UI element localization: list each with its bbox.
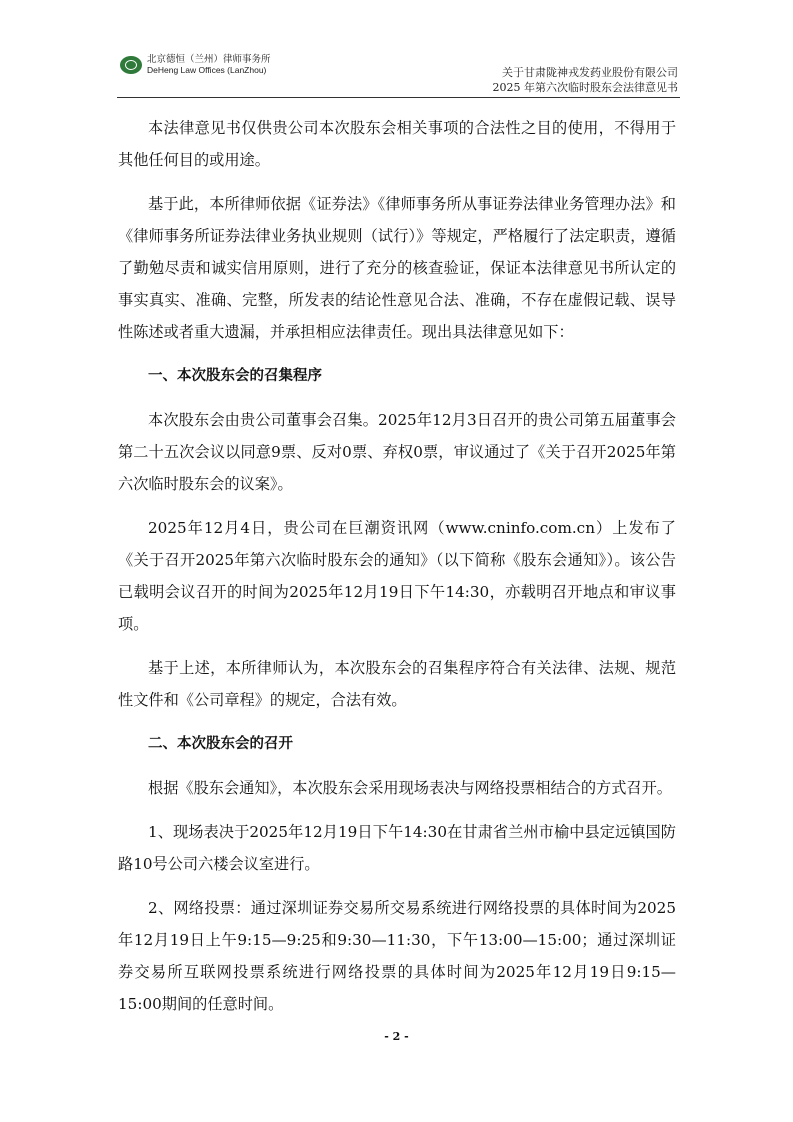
paragraph-board-convening: 本次股东会由贵公司董事会召集。2025年12月3日召开的贵公司第五届董事会第二十… (118, 404, 676, 500)
paragraph-voting-method: 根据《股东会通知》，本次股东会采用现场表决与网络投票相结合的方式召开。 (118, 772, 676, 804)
paragraph-online-voting: 2、网络投票：通过深圳证券交易所交易系统进行网络投票的具体时间为2025年12月… (118, 892, 676, 1020)
paragraph-legal-basis: 基于此，本所律师依据《证券法》《律师事务所从事证券法律业务管理办法》和《律师事务… (118, 188, 676, 348)
document-title: 关于甘肃陇神戎发药业股份有限公司 2025 年第六次临时股东会法律意见书 (493, 65, 679, 95)
firm-logo: 北京德恒（兰州）律师事务所 DeHeng Law Offices (LanZho… (120, 54, 271, 76)
firm-name-en: DeHeng Law Offices (LanZhou) (147, 65, 271, 76)
paragraph-notice-publication: 2025年12月4日，贵公司在巨潮资讯网（www.cninfo.com.cn）上… (118, 512, 676, 640)
paragraph-convening-conclusion: 基于上述，本所律师认为，本次股东会的召集程序符合有关法律、法规、规范性文件和《公… (118, 652, 676, 716)
firm-name-block: 北京德恒（兰州）律师事务所 DeHeng Law Offices (LanZho… (147, 54, 271, 76)
document-title-line1: 关于甘肃陇神戎发药业股份有限公司 (493, 65, 679, 80)
header-divider (117, 97, 680, 98)
document-title-line2: 2025 年第六次临时股东会法律意见书 (493, 80, 679, 95)
page-header: 北京德恒（兰州）律师事务所 DeHeng Law Offices (LanZho… (117, 50, 680, 98)
firm-name-cn: 北京德恒（兰州）律师事务所 (147, 54, 271, 65)
paragraph-usage-scope: 本法律意见书仅供贵公司本次股东会相关事项的合法性之目的使用，不得用于其他任何目的… (118, 112, 676, 176)
document-body: 本法律意见书仅供贵公司本次股东会相关事项的合法性之目的使用，不得用于其他任何目的… (118, 112, 676, 1032)
section-heading-holding: 二、本次股东会的召开 (118, 728, 676, 760)
section-heading-convening: 一、本次股东会的召集程序 (118, 360, 676, 392)
firm-emblem-icon (120, 56, 142, 74)
paragraph-onsite-voting: 1、现场表决于2025年12月19日下午14:30在甘肃省兰州市榆中县定远镇国防… (118, 816, 676, 880)
page-number: - 2 - (0, 1030, 793, 1043)
